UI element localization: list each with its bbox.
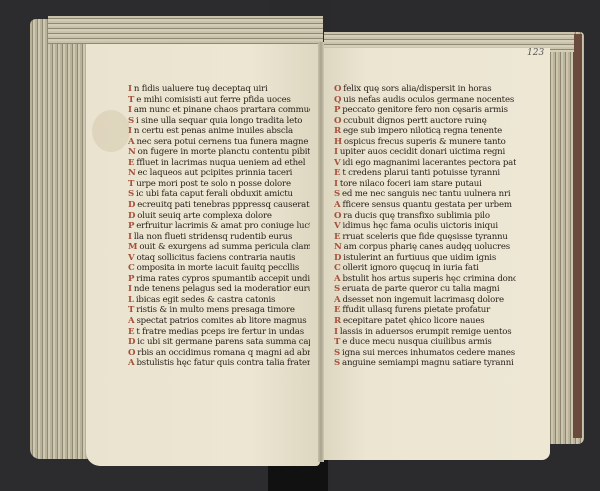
right-page-text: Ofelix quę sors alia/dispersit in horasQ… [334,84,516,369]
manuscript-line: Ofelix quę sors alia/dispersit in horas [334,84,516,95]
line-text: i sine ulla sequar quia longo tradita le… [136,116,302,126]
line-text: ouit & exurgens ad summa pericula clamor [139,242,310,252]
line-text: ffluet in lacrimas nuqua ueniem ad ethel [136,158,305,168]
rubric-initial: I [128,284,132,294]
manuscript-line: Ppeccato genitore fero non cęsaris armis [334,105,516,116]
line-text: t fratre medias pceps ire fertur in unda… [136,327,304,337]
manuscript-line: Sic ubi fata caput ferali obduxit amictu [128,189,310,200]
manuscript-line: Afficere sensus quantu gestata per urbem [334,200,516,211]
line-text: spectat patrios comites ab litore magnus [136,316,306,326]
rubric-initial: I [128,232,132,242]
line-text: ic ubi sit germane parens sata summa cap… [137,337,310,347]
manuscript-line: Te duce mecu nusqua ciuilibus armis [334,337,516,348]
rubric-initial: D [334,253,341,263]
line-text: lassis in aduersos erumpit remige uentos [340,327,512,337]
manuscript-line: Vidi ego magnanimi lacerantes pectora pa… [334,158,516,169]
manuscript-line: Collerit ignoro quęcuq in iuria fati [334,263,516,274]
rubric-initial: T [128,179,134,189]
manuscript-line: Decreuitq pati tenebras pppressq causera… [128,200,310,211]
line-text: ecreuitq pati tenebras pppressq causerat [137,200,309,210]
book-fold [318,42,324,462]
line-text: peccato genitore fero non cęsaris armis [342,105,508,115]
manuscript-line: Orbis an occidimus romana q magni ad abr… [128,348,310,359]
rubric-initial: Q [334,95,341,105]
manuscript-line: Mouit & exurgens ad summa pericula clamo… [128,242,310,253]
manuscript-line: Abstulistis hęc fatur quis contra talia … [128,358,310,369]
line-text: dsesset non ingemuit lacrimasq dolore [342,295,503,305]
manuscript-line: Occubuit dignos pertt auctore ruinę [334,116,516,127]
rubric-initial: E [334,232,340,242]
line-text: uis nefas audis oculos germane nocentes [343,95,514,105]
rubric-initial: C [128,263,135,273]
line-text: ffudit ullasq furens pietate profatur [342,305,490,315]
manuscript-line: Erruat sceleris que fide quęsisse tyrann… [334,232,516,243]
manuscript-line: Tristis & in multo mens presaga timore [128,305,310,316]
manuscript-line: Hospicus frecus superis & munere tanto [334,137,516,148]
line-text: ic ubi fata caput ferali obduxit amictu [136,189,293,199]
rubric-initial: S [128,116,134,126]
manuscript-line: Aspectat patrios comites ab litore magnu… [128,316,310,327]
manuscript-line: In certu est penas anime inuiles abscla [128,126,310,137]
folio-number: 123 [527,48,544,58]
line-text: ibicas egit sedes & castra catonis [136,295,275,305]
manuscript-line: Nam corpus pharię canes audęq uolucres [334,242,516,253]
line-text: am corpus pharię canes audęq uolucres [344,242,510,252]
manuscript-line: Vidimus hęc fama oculis uictoris iniqui [334,221,516,232]
rubric-initial: O [334,211,341,221]
rubric-initial: S [334,284,340,294]
rubric-initial: E [334,168,340,178]
manuscript-line: Libicas egit sedes & castra catonis [128,295,310,306]
manuscript-line: Prima rates cypros spumantib accepit und… [128,274,310,285]
rubric-initial: I [334,179,338,189]
manuscript-line: Inde tenens pelagus sed ia moderatior eu… [128,284,310,295]
rubric-initial: I [128,105,132,115]
rubric-initial: T [128,95,134,105]
line-text: n fidis ualuere tuę deceptaq uiri [134,84,268,94]
rubric-initial: C [334,263,341,273]
rubric-initial: I [128,126,132,136]
line-text: felix quę sors alia/dispersit in horas [343,84,491,94]
line-text: n certu est penas anime inuiles abscla [134,126,293,136]
rubric-initial: P [128,221,134,231]
binding-edge [573,34,582,438]
rubric-initial: E [128,327,134,337]
manuscript-line: Recepitare patet ęhico licore naues [334,316,516,327]
line-text: bstulistis hęc fatur quis contra talia f… [136,358,310,368]
line-text: nde tenens pelagus sed ia moderatior eur… [134,284,310,294]
line-text: on fugere in morte planctu contentu pibi… [138,147,310,157]
rubric-initial: O [334,116,341,126]
rubric-initial: P [128,274,134,284]
rubric-initial: S [334,348,340,358]
parchment-stain [92,110,130,152]
rubric-initial: S [334,189,340,199]
manuscript-line: Adsesset non ingemuit lacrimasq dolore [334,295,516,306]
manuscript-line: Abstulit hos artus superis hęc crimina d… [334,274,516,285]
line-text: ed me nec sanguis nec tantu uulnera nri [342,189,510,199]
line-text: otaq sollicitus faciens contraria nautis [136,253,295,263]
rubric-initial: A [128,316,134,326]
line-text: istulerint an furtiuus que uidim ignis [343,253,496,263]
rubric-initial: T [128,305,134,315]
rubric-initial: N [128,147,136,157]
left-page-text: In fidis ualuere tuę deceptaq uiriTe mih… [128,84,310,369]
line-text: e mihi comisisti aut ferre pfida uoces [136,95,290,105]
manuscript-line: Quis nefas audis oculos germane nocentes [334,95,516,106]
line-text: ra ducis quę transfixo sublimia pilo [343,211,490,221]
line-text: nec sera potui cernens tua funera magne [136,137,308,147]
rubric-initial: D [128,211,135,221]
rubric-initial: M [128,242,137,252]
manuscript-line: Distulerint an furtiuus que uidim ignis [334,253,516,264]
rubric-initial: N [128,168,136,178]
manuscript-line: Non fugere in morte planctu contentu pib… [128,147,310,158]
rubric-initial: A [334,295,340,305]
rubric-initial: A [334,274,340,284]
manuscript-line: Ilassis in aduersos erumpit remige uento… [334,327,516,338]
manuscript-line: Sed me nec sanguis nec tantu uulnera nri [334,189,516,200]
line-text: t credens plarui tanti potuisse tyranni [342,168,500,178]
rubric-initial: V [128,253,134,263]
rubric-initial: D [128,200,135,210]
manuscript-line: Nec laqueos aut pcipites prinnia taceri [128,168,310,179]
manuscript-line: Dic ubi sit germane parens sata summa ca… [128,337,310,348]
manuscript-line: Votaq sollicitus faciens contraria nauti… [128,253,310,264]
left-top-edges [48,16,323,44]
manuscript-line: Iam nunc et pinane chaos prartara commuo… [128,105,310,116]
rubric-initial: S [128,189,134,199]
manuscript-line: Seruata de parte queror cu talia magni [334,284,516,295]
manuscript-line: Itore nilaco foceri iam stare putaui [334,179,516,190]
line-text: igna sui merces inhumatos cedere manes [342,348,515,358]
line-text: oluit seuiq arte complexa dolore [137,211,271,221]
rubric-initial: I [334,327,338,337]
manuscript-line: Perfruitur lacrimis & amat pro coniuge l… [128,221,310,232]
line-text: fficere sensus quantu gestata per urbem [342,200,511,210]
rubric-initial: D [128,337,135,347]
line-text: ccubuit dignos pertt auctore ruinę [343,116,486,126]
line-text: tore nilaco foceri iam stare putaui [340,179,482,189]
manuscript-line: Et credens plarui tanti potuisse tyranni [334,168,516,179]
line-text: omposita in morte iacuit fauitq peccllis [137,263,299,273]
rubric-initial: V [334,158,340,168]
manuscript-line: Illa non flueti stridensq rudentib eurus [128,232,310,243]
rubric-initial: S [334,358,340,368]
rubric-initial: L [128,295,134,305]
manuscript-line: Rege sub impero niloticą regna tenente [334,126,516,137]
line-text: bstulit hos artus superis hęc crimina do… [342,274,516,284]
line-text: erfruitur lacrimis & amat pro coniuge lu… [136,221,310,231]
line-text: idimus hęc fama oculis uictoris iniqui [342,221,497,231]
rubric-initial: P [334,105,340,115]
rubric-initial: A [334,200,340,210]
rubric-initial: H [334,137,342,147]
rubric-initial: V [334,221,340,231]
line-text: ristis & in multo mens presaga timore [136,305,295,315]
line-text: rruat sceleris que fide quęsisse tyrannu [342,232,507,242]
rubric-initial: O [128,348,135,358]
manuscript-line: Doluit seuiq arte complexa dolore [128,211,310,222]
line-text: upiter auos cecidit donari uictima regni [340,147,505,157]
line-text: ecepitare patet ęhico licore naues [343,316,484,326]
line-text: am nunc et pinane chaos prartara commuoe [134,105,310,115]
line-text: lla non flueti stridensq rudentib eurus [134,232,292,242]
rubric-initial: O [334,84,341,94]
manuscript-line: Effudit ullasq furens pietate profatur [334,305,516,316]
rubric-initial: I [128,84,132,94]
manuscript-line: Composita in morte iacuit fauitq pecclli… [128,263,310,274]
rubric-initial: T [334,337,340,347]
line-text: rima rates cypros spumantib accepit undi… [136,274,310,284]
manuscript-line: Effluet in lacrimas nuqua ueniem ad ethe… [128,158,310,169]
rubric-initial: I [334,147,338,157]
line-text: eruata de parte queror cu talia magni [342,284,499,294]
line-text: idi ego magnanimi lacerantes pectora pat… [342,158,516,168]
line-text: ollerit ignoro quęcuq in iuria fati [343,263,479,273]
line-text: ege sub impero niloticą regna tenente [343,126,502,136]
line-text: ec laqueos aut pcipites prinnia taceri [138,168,293,178]
rubric-initial: A [128,358,134,368]
manuscript-line: Et fratre medias pceps ire fertur in und… [128,327,310,338]
manuscript-line: Anec sera potui cernens tua funera magne [128,137,310,148]
manuscript-line: Te mihi comisisti aut ferre pfida uoces [128,95,310,106]
rubric-initial: E [334,305,340,315]
rubric-initial: R [334,126,341,136]
rubric-initial: E [128,158,134,168]
manuscript-line: In fidis ualuere tuę deceptaq uiri [128,84,310,95]
manuscript-line: Si sine ulla sequar quia longo tradita l… [128,116,310,127]
line-text: rbis an occidimus romana q magni ad abru… [137,348,310,358]
manuscript-line: Ora ducis quę transfixo sublimia pilo [334,211,516,222]
rubric-initial: R [334,316,341,326]
rubric-initial: N [334,242,342,252]
line-text: anguine semiampi magnu satiare tyranni [342,358,514,368]
manuscript-line: Turpe mori post te solo n posse dolore [128,179,310,190]
line-text: e duce mecu nusqua ciuilibus armis [342,337,491,347]
line-text: ospicus frecus superis & munere tanto [344,137,506,147]
manuscript-line: Signa sui merces inhumatos cedere manes [334,348,516,359]
manuscript-line: Sanguine semiampi magnu satiare tyranni [334,358,516,369]
rubric-initial: A [128,137,134,147]
manuscript-line: Iupiter auos cecidit donari uictima regn… [334,147,516,158]
line-text: urpe mori post te solo n posse dolore [136,179,291,189]
